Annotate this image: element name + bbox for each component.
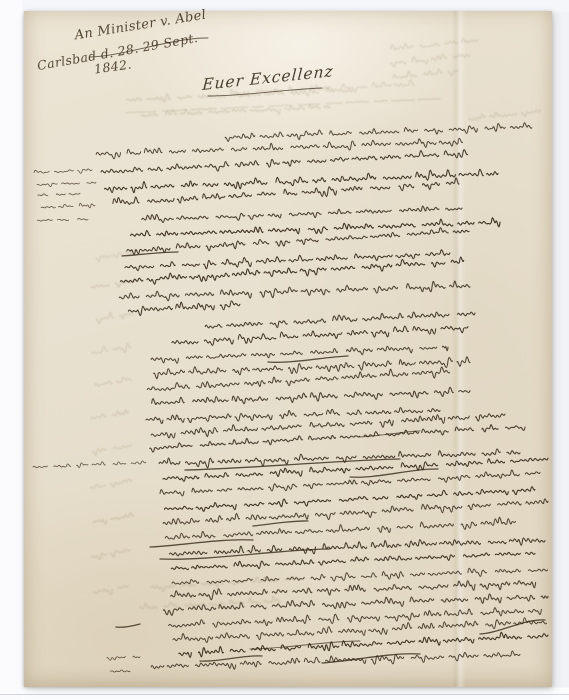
scanned-letter: An Minister v. Abel Carlsbad d. 28. 29 S… (0, 0, 569, 700)
manuscript-page (24, 11, 552, 687)
scan-seam-line (0, 694, 569, 695)
